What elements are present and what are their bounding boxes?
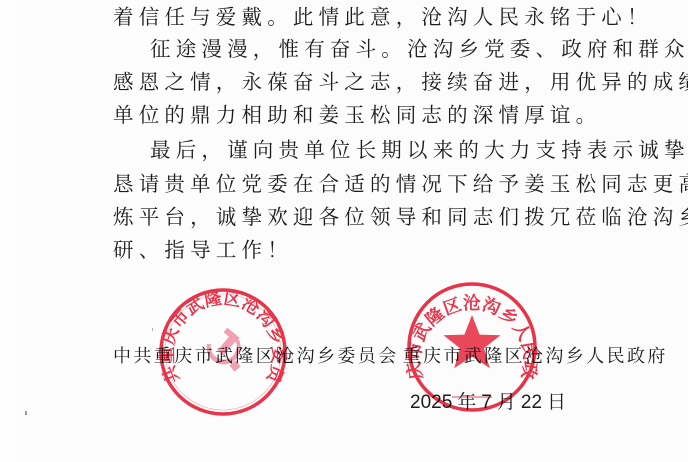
star-icon [444,315,501,368]
paragraph-line: 感恩之情，永葆奋斗之志，接续奋进，用优异的成绩回报贵 [113,70,688,94]
document-page: 着信任与爱戴。此情此意，沧沟人民永铭于心！ 征途漫漫，惟有奋斗。沧沟乡党委、政府… [0,0,688,462]
paragraph-line: 着信任与爱戴。此情此意，沧沟人民永铭于心！ [113,5,653,29]
scan-speck [152,328,153,331]
party-committee-seal: 中共重庆市武隆区沧沟乡委员会 [157,286,289,418]
paragraph-line: 恳请贵单位党委在合适的情况下给予姜玉松同志更高的锻 [113,172,688,196]
hammer-and-sickle-icon [207,328,241,372]
paragraph-line: 单位的鼎力相助和姜玉松同志的深情厚谊。 [113,103,601,127]
date-day-unit: 日 [547,391,566,413]
government-seal: 重庆市武隆区沧沟乡人民政府 [404,281,540,415]
scan-speck [25,411,27,415]
paragraph-line: 研、指导工作！ [113,238,293,262]
paragraph-line: 征途漫漫，惟有奋斗。沧沟乡党委、政府和群众将满怀 [150,37,688,61]
seal-ring-text: 中共重庆市武隆区沧沟乡委员会 [157,286,289,387]
paragraph-line: 炼平台，诚挚欢迎各位领导和同志们拨冗莅临沧沟乡考察调 [113,205,688,229]
paragraph-line: 最后，谨向贵单位长期以来的大力支持表示诚挚的谢忱！ [150,138,688,162]
